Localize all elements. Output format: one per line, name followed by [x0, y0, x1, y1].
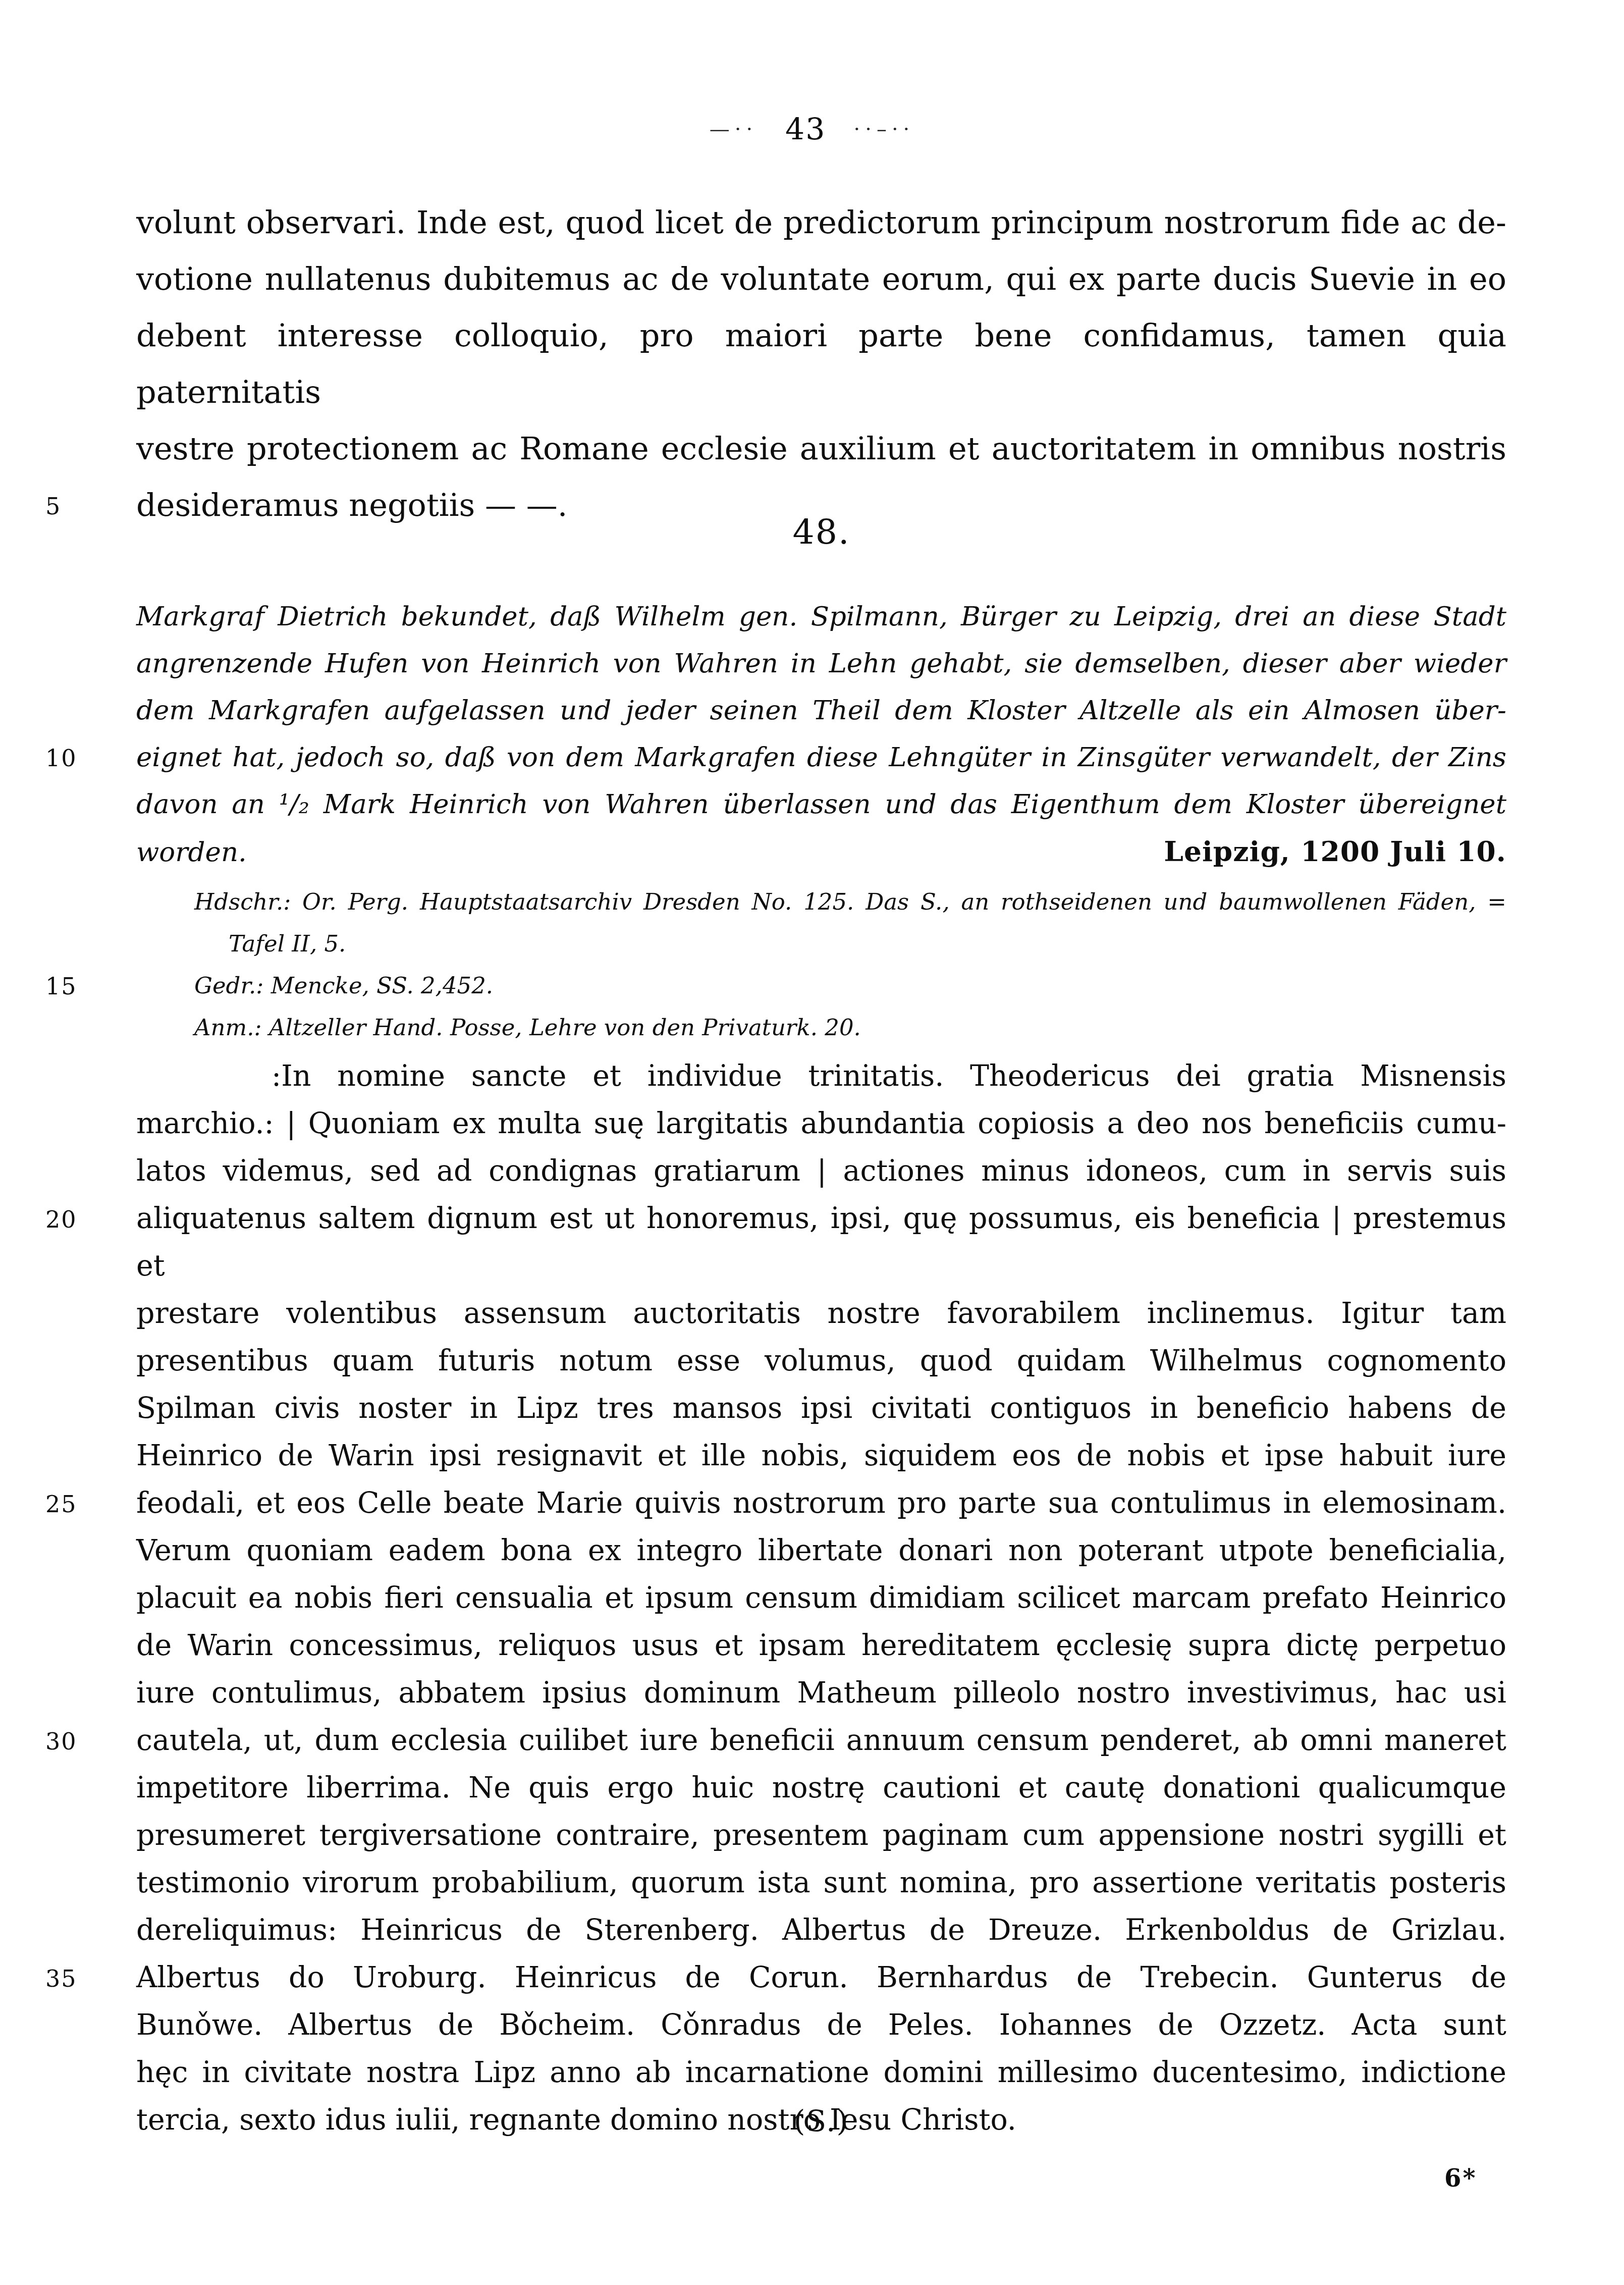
line-text: placuit ea nobis fieri censualia et ipsu… [136, 1581, 1506, 1615]
line-text: Gedr.: Mencke, SS. 2,452. [194, 972, 493, 999]
line-text: Bunǒwe. Albertus de Bǒcheim. Cǒnradus de… [136, 2008, 1506, 2042]
text-line: vestre protectionem ac Romane ecclesie a… [136, 420, 1506, 477]
seal-mark: (S.) [136, 2104, 1506, 2138]
text-line: davon an ¹/₂ Mark Heinrich von Wahren üb… [136, 781, 1506, 828]
margin-line-number: 20 [45, 1196, 77, 1243]
line-text: Heinrico de Warin ipsi resignavit et ill… [136, 1439, 1506, 1472]
line-text: angrenzende Hufen von Heinrich von Wahre… [136, 648, 1506, 679]
apparatus-notes: Hdschr.: Or. Perg. Hauptstaatsarchiv Dre… [194, 881, 1506, 1048]
text-line: 30cautela, ut, dum ecclesia cuilibet iur… [136, 1717, 1506, 1764]
text-line: 20aliquatenus saltem dignum est ut honor… [136, 1195, 1506, 1290]
regest-block: Markgraf Dietrich bekundet, daß Wilhelm … [136, 593, 1506, 876]
line-text: de Warin concessimus, reliquos usus et i… [136, 1629, 1506, 1662]
text-line: dereliquimus: Heinricus de Sterenberg. A… [136, 1906, 1506, 1954]
text-line: volunt observari. Inde est, quod licet d… [136, 194, 1506, 251]
text-line: votione nullatenus dubitemus ac de volun… [136, 251, 1506, 307]
text-line: Markgraf Dietrich bekundet, daß Wilhelm … [136, 593, 1506, 640]
line-text: vestre protectionem ac Romane ecclesie a… [136, 430, 1506, 467]
charter-date-place: Leipzig, 1200 Juli 10. [1164, 828, 1506, 875]
text-line: angrenzende Hufen von Heinrich von Wahre… [136, 640, 1506, 687]
line-text: dem Markgrafen aufgelassen und jeder sei… [136, 695, 1506, 726]
charter-text: :In nomine sancte et individue trinitati… [136, 1052, 1506, 2144]
line-text: davon an ¹/₂ Mark Heinrich von Wahren üb… [136, 789, 1506, 820]
text-line: iure contulimus, abbatem ipsius dominum … [136, 1669, 1506, 1717]
text-line: de Warin concessimus, reliquos usus et i… [136, 1622, 1506, 1669]
line-text: latos videmus, sed ad condignas gratiaru… [136, 1154, 1506, 1188]
text-line: impetitore liberrima. Ne quis ergo huic … [136, 1764, 1506, 1812]
line-text: aliquatenus saltem dignum est ut honorem… [136, 1202, 1506, 1283]
header-rule-left: —·· [682, 118, 785, 141]
margin-line-number: 30 [45, 1718, 77, 1765]
line-text: Markgraf Dietrich bekundet, daß Wilhelm … [136, 601, 1506, 632]
margin-line-number: 15 [45, 966, 77, 1007]
line-text: Spilman civis noster in Lipz tres mansos… [136, 1392, 1506, 1425]
printer-signature-mark: 6* [1444, 2164, 1477, 2193]
margin-line-number: 10 [45, 735, 77, 782]
scanned-book-page: —··43··–·· volunt observari. Inde est, q… [0, 0, 1624, 2285]
regest-closing-word: worden. [136, 829, 247, 876]
line-text: Tafel II, 5. [229, 930, 346, 957]
text-line: 15Gedr.: Mencke, SS. 2,452. [194, 965, 1506, 1006]
line-text: testimonio virorum probabilium, quorum i… [136, 1866, 1506, 1899]
line-text: prestare volentibus assensum auctoritati… [136, 1297, 1506, 1330]
text-line: Tafel II, 5. [194, 923, 1506, 965]
text-line: Hdschr.: Or. Perg. Hauptstaatsarchiv Dre… [194, 881, 1506, 923]
line-text: :In nomine sancte et individue trinitati… [272, 1059, 1506, 1093]
charter-number-heading: 48. [136, 512, 1506, 552]
text-line: 10eignet hat, jedoch so, daß von dem Mar… [136, 734, 1506, 781]
text-line: Heinrico de Warin ipsi resignavit et ill… [136, 1432, 1506, 1479]
text-line: Verum quoniam eadem bona ex integro libe… [136, 1527, 1506, 1574]
line-text: Verum quoniam eadem bona ex integro libe… [136, 1534, 1506, 1567]
margin-line-number: 25 [45, 1480, 77, 1528]
text-line: 25feodali, et eos Celle beate Marie quiv… [136, 1479, 1506, 1527]
line-text: cautela, ut, dum ecclesia cuilibet iure … [136, 1724, 1506, 1757]
text-line: prestare volentibus assensum auctoritati… [136, 1290, 1506, 1337]
page-header: —··43··–·· [0, 112, 1624, 147]
line-text: Hdschr.: Or. Perg. Hauptstaatsarchiv Dre… [194, 888, 1506, 915]
line-text: presumeret tergiversatione contraire, pr… [136, 1819, 1506, 1852]
text-line: dem Markgrafen aufgelassen und jeder sei… [136, 687, 1506, 734]
line-text: hęc in civitate nostra Lipz anno ab inca… [136, 2056, 1506, 2089]
text-line: Anm.: Altzeller Hand. Posse, Lehre von d… [194, 1006, 1506, 1048]
line-text: volunt observari. Inde est, quod licet d… [136, 204, 1506, 241]
text-line: placuit ea nobis fieri censualia et ipsu… [136, 1574, 1506, 1622]
text-line: 35Albertus do Uroburg. Heinricus de Coru… [136, 1954, 1506, 2001]
text-line: marchio.: | Quoniam ex multa suę largita… [136, 1100, 1506, 1147]
line-text: Albertus do Uroburg. Heinricus de Corun.… [136, 1961, 1506, 1994]
text-line: Bunǒwe. Albertus de Bǒcheim. Cǒnradus de… [136, 2001, 1506, 2049]
line-text: debent interesse colloquio, pro maiori p… [136, 317, 1506, 410]
line-text: eignet hat, jedoch so, daß von dem Markg… [136, 742, 1506, 773]
line-text: dereliquimus: Heinricus de Sterenberg. A… [136, 1914, 1506, 1947]
line-text: votione nullatenus dubitemus ac de volun… [136, 260, 1506, 297]
regest-closing-line: worden. Leipzig, 1200 Juli 10. [136, 828, 1506, 876]
margin-line-number: 5 [45, 478, 61, 535]
line-text: impetitore liberrima. Ne quis ergo huic … [136, 1771, 1506, 1804]
text-line: hęc in civitate nostra Lipz anno ab inca… [136, 2049, 1506, 2096]
regest-lines: Markgraf Dietrich bekundet, daß Wilhelm … [136, 593, 1506, 828]
text-line: latos videmus, sed ad condignas gratiaru… [136, 1147, 1506, 1195]
line-text: iure contulimus, abbatem ipsius dominum … [136, 1676, 1506, 1710]
page-number: 43 [785, 112, 826, 147]
text-line: presentibus quam futuris notum esse volu… [136, 1337, 1506, 1385]
line-text: Anm.: Altzeller Hand. Posse, Lehre von d… [194, 1014, 861, 1041]
text-line: testimonio virorum probabilium, quorum i… [136, 1859, 1506, 1906]
header-rule-right: ··–·· [826, 118, 942, 141]
margin-line-number: 35 [45, 1955, 77, 2002]
text-line: Spilman civis noster in Lipz tres mansos… [136, 1385, 1506, 1432]
text-line: :In nomine sancte et individue trinitati… [136, 1052, 1506, 1100]
text-line: presumeret tergiversatione contraire, pr… [136, 1812, 1506, 1859]
intro-paragraph: volunt observari. Inde est, quod licet d… [136, 194, 1506, 534]
line-text: marchio.: | Quoniam ex multa suę largita… [136, 1107, 1506, 1140]
line-text: presentibus quam futuris notum esse volu… [136, 1344, 1506, 1377]
text-line: debent interesse colloquio, pro maiori p… [136, 307, 1506, 420]
line-text: feodali, et eos Celle beate Marie quivis… [136, 1486, 1506, 1520]
